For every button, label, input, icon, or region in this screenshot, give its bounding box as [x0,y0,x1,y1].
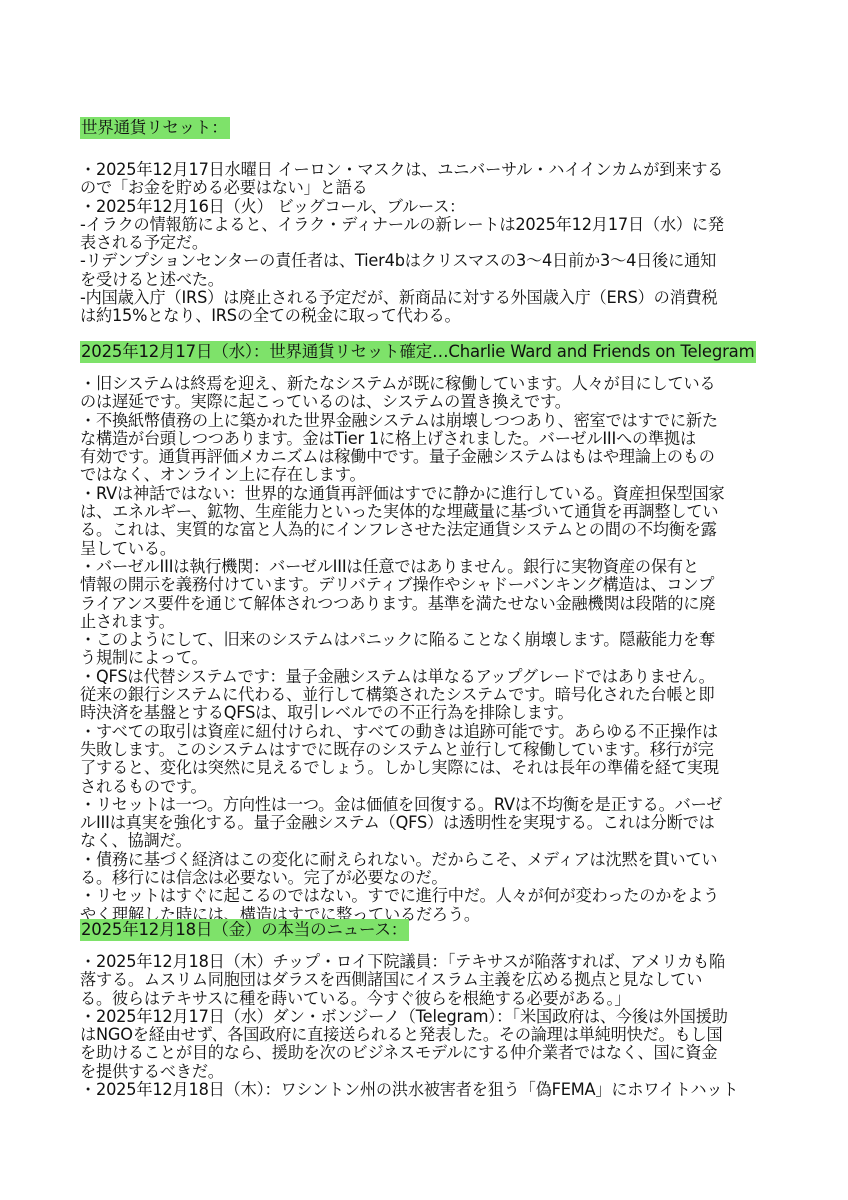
section-charlie-ward-telegram: 2025年12月17日（水）：世界通貨リセット確定…Charlie Ward a… [80,341,780,924]
text-line: 了すると、変化は突然に見えるでしょう。しかし実際には、それは長年の準備を経て実現 [80,759,766,777]
text-line: ・RVは神話ではない：世界的な通貨再評価はすでに静かに進行している。資産担保型国… [80,485,766,503]
text-line: ルIIIは真実を強化する。量子金融システム（QFS）は透明性を実現する。これは分… [80,814,766,832]
text-line: のは遅延です。実際に起こっているのは、システムの置き換えです。 [80,393,766,411]
text-line: ので「お金を貯める必要はない」と語る [80,179,766,197]
text-line: ・2025年12月17日（水）ダン・ボンジーノ（Telegram）：「米国政府は… [80,1008,766,1026]
text-line: 情報の開示を義務付けています。デリバティブ操作やシャドーバンキング構造は、コンプ [80,576,766,594]
section-heading: 世界通貨リセット： [80,117,230,139]
text-line: ・リセットは一つ。方向性は一つ。金は価値を回復する。RVは不均衡を是正する。バー… [80,796,766,814]
text-line: を助けることが目的なら、援助を次のビジネスモデルにする仲介業者ではなく、国に資金 [80,1044,766,1062]
text-line: る。彼らはテキサスに種を蒔いている。今すぐ彼らを根絶する必要がある。」 [80,990,766,1008]
text-line: 止されます。 [80,613,766,631]
text-line: な構造が台頭しつつあります。金はTier 1に格上げされました。バーゼルIIIへ… [80,430,766,448]
text-line: 落する。ムスリム同胞団はダラスを西側諸国にイスラム主義を広める拠点と見なしてい [80,971,766,989]
section-heading: 2025年12月18日（金）の本当のニュース： [80,919,409,941]
section-body: ・旧システムは終焉を迎え、新たなシステムが既に稼働しています。人々が目にしている… [80,375,780,924]
text-line: を受けると述べた。 [80,271,766,289]
text-line: ・バーゼルIIIは執行機関：バーゼルIIIは任意ではありません。銀行に実物資産の… [80,558,766,576]
text-line: ・このようにして、旧来のシステムはパニックに陥ることなく崩壊します。隠蔽能力を奪 [80,631,766,649]
text-line: ・QFSは代替システムです：量子金融システムは単なるアップグレードではありません… [80,668,766,686]
text-line: は約15%となり、IRSの全ての税金に取って代わる。 [80,307,766,325]
section-world-currency-reset: 世界通貨リセット： ・2025年12月17日水曜日 イーロン・マスクは、ユニバー… [80,117,780,326]
section-body: ・2025年12月17日水曜日 イーロン・マスクは、ユニバーサル・ハイインカムが… [80,161,780,326]
text-line: 時決済を基盤とするQFSは、取引レベルでの不正行為を排除します。 [80,704,766,722]
text-line: う規制によって。 [80,649,766,667]
text-line: ・旧システムは終焉を迎え、新たなシステムが既に稼働しています。人々が目にしている [80,375,766,393]
text-line: る。移行には信念は必要ない。完了が必要なのだ。 [80,869,766,887]
text-line: を提供するべきだ。 [80,1063,766,1081]
section-heading: 2025年12月17日（水）：世界通貨リセット確定…Charlie Ward a… [80,341,756,363]
section-real-news: 2025年12月18日（金）の本当のニュース： ・2025年12月18日（木）チ… [80,919,780,1099]
text-line: 失敗します。このシステムはすでに既存のシステムと並行して稼働しています。移行が完 [80,741,766,759]
text-line: 有効です。通貨再評価メカニズムは稼働中です。量子金融システムはもはや理論上のもの [80,448,766,466]
text-line: ライアンス要件を通じて解体されつつあります。基準を満たせない金融機関は段階的に廃 [80,595,766,613]
text-line: はNGOを経由せず、各国政府に直接送られると発表した。その論理は単純明快だ。もし… [80,1026,766,1044]
text-line: ・債務に基づく経済はこの変化に耐えられない。だからこそ、メディアは沈黙を貫いてい [80,851,766,869]
text-line: なく、協調だ。 [80,832,766,850]
text-line: ではなく、オンライン上に存在します。 [80,466,766,484]
text-line: ・2025年12月18日（木）：ワシントン州の洪水被害者を狙う「偽FEMA」にホ… [80,1081,766,1099]
text-line: 呈している。 [80,540,766,558]
text-line: ・不換紙幣債務の上に築かれた世界金融システムは崩壊しつつあり、密室ではすでに新た [80,412,766,430]
text-line: ・2025年12月18日（木）チップ・ロイ下院議員：「テキサスが陥落すれば、アメ… [80,953,766,971]
text-line: ・すべての取引は資産に紐付けられ、すべての動きは追跡可能です。あらゆる不正操作は [80,723,766,741]
text-line: -リデンプションセンターの責任者は、Tier4bはクリスマスの3～4日前か3～4… [80,252,766,270]
text-line: 表される予定だ。 [80,234,766,252]
text-line: る。これは、実質的な富と人為的にインフレさせた法定通貨システムとの間の不均衡を露 [80,521,766,539]
text-line: -イラクの情報筋によると、イラク・ディナールの新レートは2025年12月17日（… [80,216,766,234]
text-line: 従来の銀行システムに代わる、並行して構築されたシステムです。暗号化された台帳と即 [80,686,766,704]
text-line: ・リセットはすぐに起こるのではない。すでに進行中だ。人々が何が変わったのかをよう [80,887,766,905]
text-line: ・2025年12月16日（火） ビッグコール、ブルース： [80,198,766,216]
text-line: -内国歳入庁（IRS）は廃止される予定だが、新商品に対する外国歳入庁（ERS）の… [80,289,766,307]
text-line: ・2025年12月17日水曜日 イーロン・マスクは、ユニバーサル・ハイインカムが… [80,161,766,179]
text-line: は、エネルギー、鉱物、生産能力といった実体的な埋蔵量に基づいて通貨を再調整してい [80,503,766,521]
text-line: されるものです。 [80,778,766,796]
section-body: ・2025年12月18日（木）チップ・ロイ下院議員：「テキサスが陥落すれば、アメ… [80,953,780,1099]
